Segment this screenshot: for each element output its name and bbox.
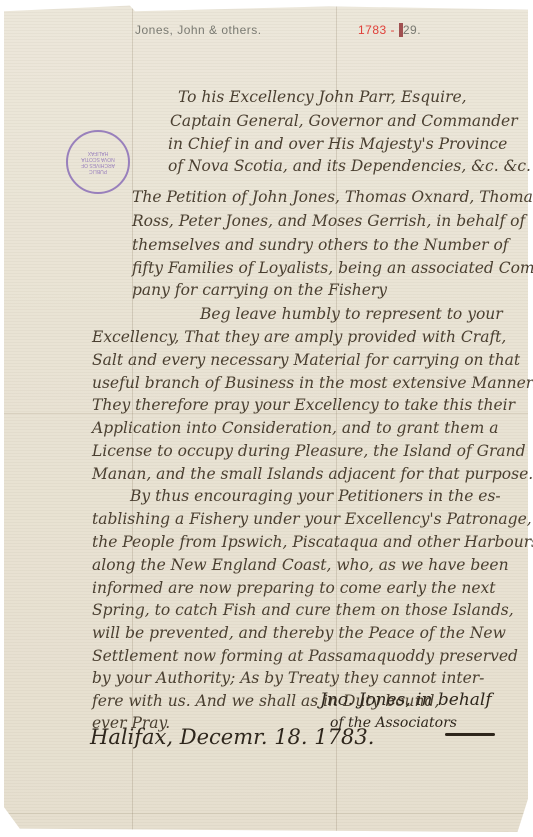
- reference-number: 29.: [403, 23, 421, 37]
- dateline: Halifax, Decemr. 18. 1783.: [90, 725, 374, 749]
- petition-line: The Petition of John Jones, Thomas Oxnar…: [132, 188, 533, 206]
- fold-line-horizontal: [4, 813, 528, 814]
- body-line: License to occupy during Pleasure, the I…: [92, 442, 526, 460]
- body-line: by your Authority; As by Treaty they can…: [92, 669, 484, 687]
- body-line: the People from Ipswich, Piscataqua and …: [92, 533, 533, 551]
- petition-line: themselves and sundry others to the Numb…: [132, 236, 509, 254]
- body-line: Application into Consideration, and to g…: [92, 419, 498, 437]
- body-line: They therefore pray your Excellency to t…: [92, 396, 515, 414]
- archives-stamp: PUBLIC ARCHIVES OF NOVA SCOTIA HALIFAX: [66, 130, 130, 194]
- body-line: Settlement now forming at Passamaquoddy …: [92, 647, 518, 665]
- body-line: Manan, and the small Islands adjacent fo…: [92, 465, 533, 483]
- address-line: of Nova Scotia, and its Dependencies, &c…: [168, 157, 533, 175]
- address-line: Captain General, Governor and Commander: [170, 112, 518, 130]
- body-line: Spring, to catch Fish and cure them on t…: [92, 601, 514, 619]
- archival-name-note: Jones, John & others.: [135, 23, 262, 37]
- signature-flourish: [445, 733, 495, 736]
- body-line: Beg leave humbly to represent to your: [200, 305, 503, 323]
- body-line: useful branch of Business in the most ex…: [92, 374, 533, 392]
- body-line: By thus encouraging your Petitioners in …: [130, 487, 501, 505]
- body-line: along the New England Coast, who, as we …: [92, 556, 509, 574]
- stamp-text: PUBLIC ARCHIVES OF NOVA SCOTIA HALIFAX: [76, 150, 120, 174]
- petition-line: Ross, Peter Jones, and Moses Gerrish, in…: [132, 212, 525, 230]
- body-line: informed are now preparing to come early…: [92, 579, 495, 597]
- body-line: tablishing a Fishery under your Excellen…: [92, 510, 532, 528]
- signature-name: Jno. Jones, in behalf: [320, 690, 492, 710]
- address-line: in Chief in and over His Majesty's Provi…: [168, 135, 507, 153]
- petition-line: fifty Families of Loyalists, being an as…: [132, 259, 533, 277]
- reference-prefix: 1783 -: [358, 23, 395, 37]
- address-line: To his Excellency John Parr, Esquire,: [178, 88, 467, 106]
- archival-reference-number: 1783 - 29.: [358, 23, 421, 37]
- body-line: Excellency, That they are amply provided…: [92, 328, 506, 346]
- body-line: will be prevented, and thereby the Peace…: [92, 624, 506, 642]
- petition-line: pany for carrying on the Fishery: [132, 281, 387, 299]
- body-line: Salt and every necessary Material for ca…: [92, 351, 520, 369]
